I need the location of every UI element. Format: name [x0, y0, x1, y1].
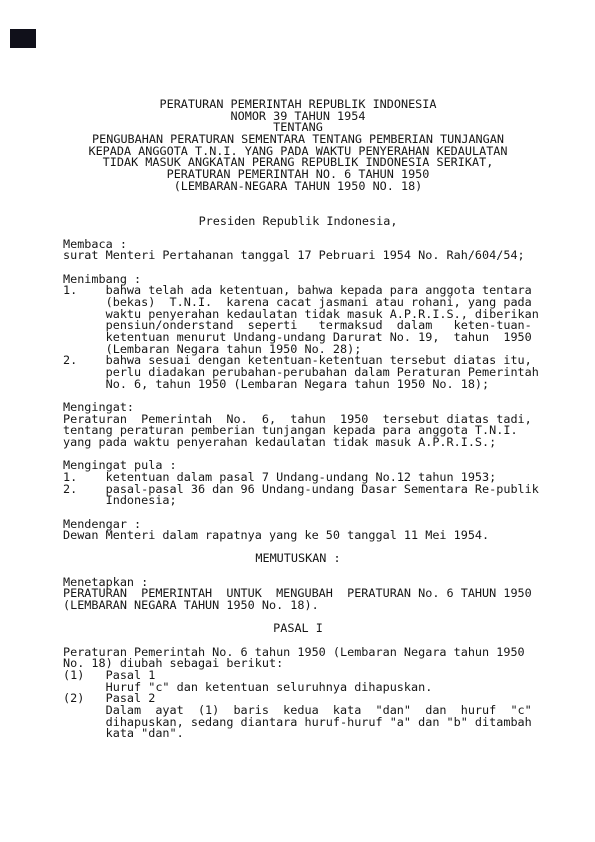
doc-line: Presiden Republik Indonesia, — [63, 216, 533, 228]
doc-line: surat Menteri Pertahanan tanggal 17 Pebr… — [63, 250, 533, 262]
doc-line — [63, 227, 533, 239]
document-text: PERATURAN PEMERINTAH REPUBLIK INDONESIAN… — [63, 99, 533, 740]
doc-line: yang pada waktu penyerahan kedaulatan ti… — [63, 437, 533, 449]
doc-line: No. 6, tahun 1950 (Lembaran Negara tahun… — [63, 379, 533, 391]
doc-line: Dewan Menteri dalam rapatnya yang ke 50 … — [63, 530, 533, 542]
doc-line — [63, 192, 533, 204]
doc-line: (LEMBARAN NEGARA TAHUN 1950 No. 18). — [63, 600, 533, 612]
document-page: PERATURAN PEMERINTAH REPUBLIK INDONESIAN… — [0, 0, 595, 842]
doc-line: PASAL I — [63, 623, 533, 635]
doc-line: kata "dan". — [63, 728, 533, 740]
corner-mark — [10, 29, 36, 48]
doc-line: (LEMBARAN-NEGARA TAHUN 1950 NO. 18) — [63, 181, 533, 193]
doc-line: Indonesia; — [63, 495, 533, 507]
doc-line: MEMUTUSKAN : — [63, 553, 533, 565]
